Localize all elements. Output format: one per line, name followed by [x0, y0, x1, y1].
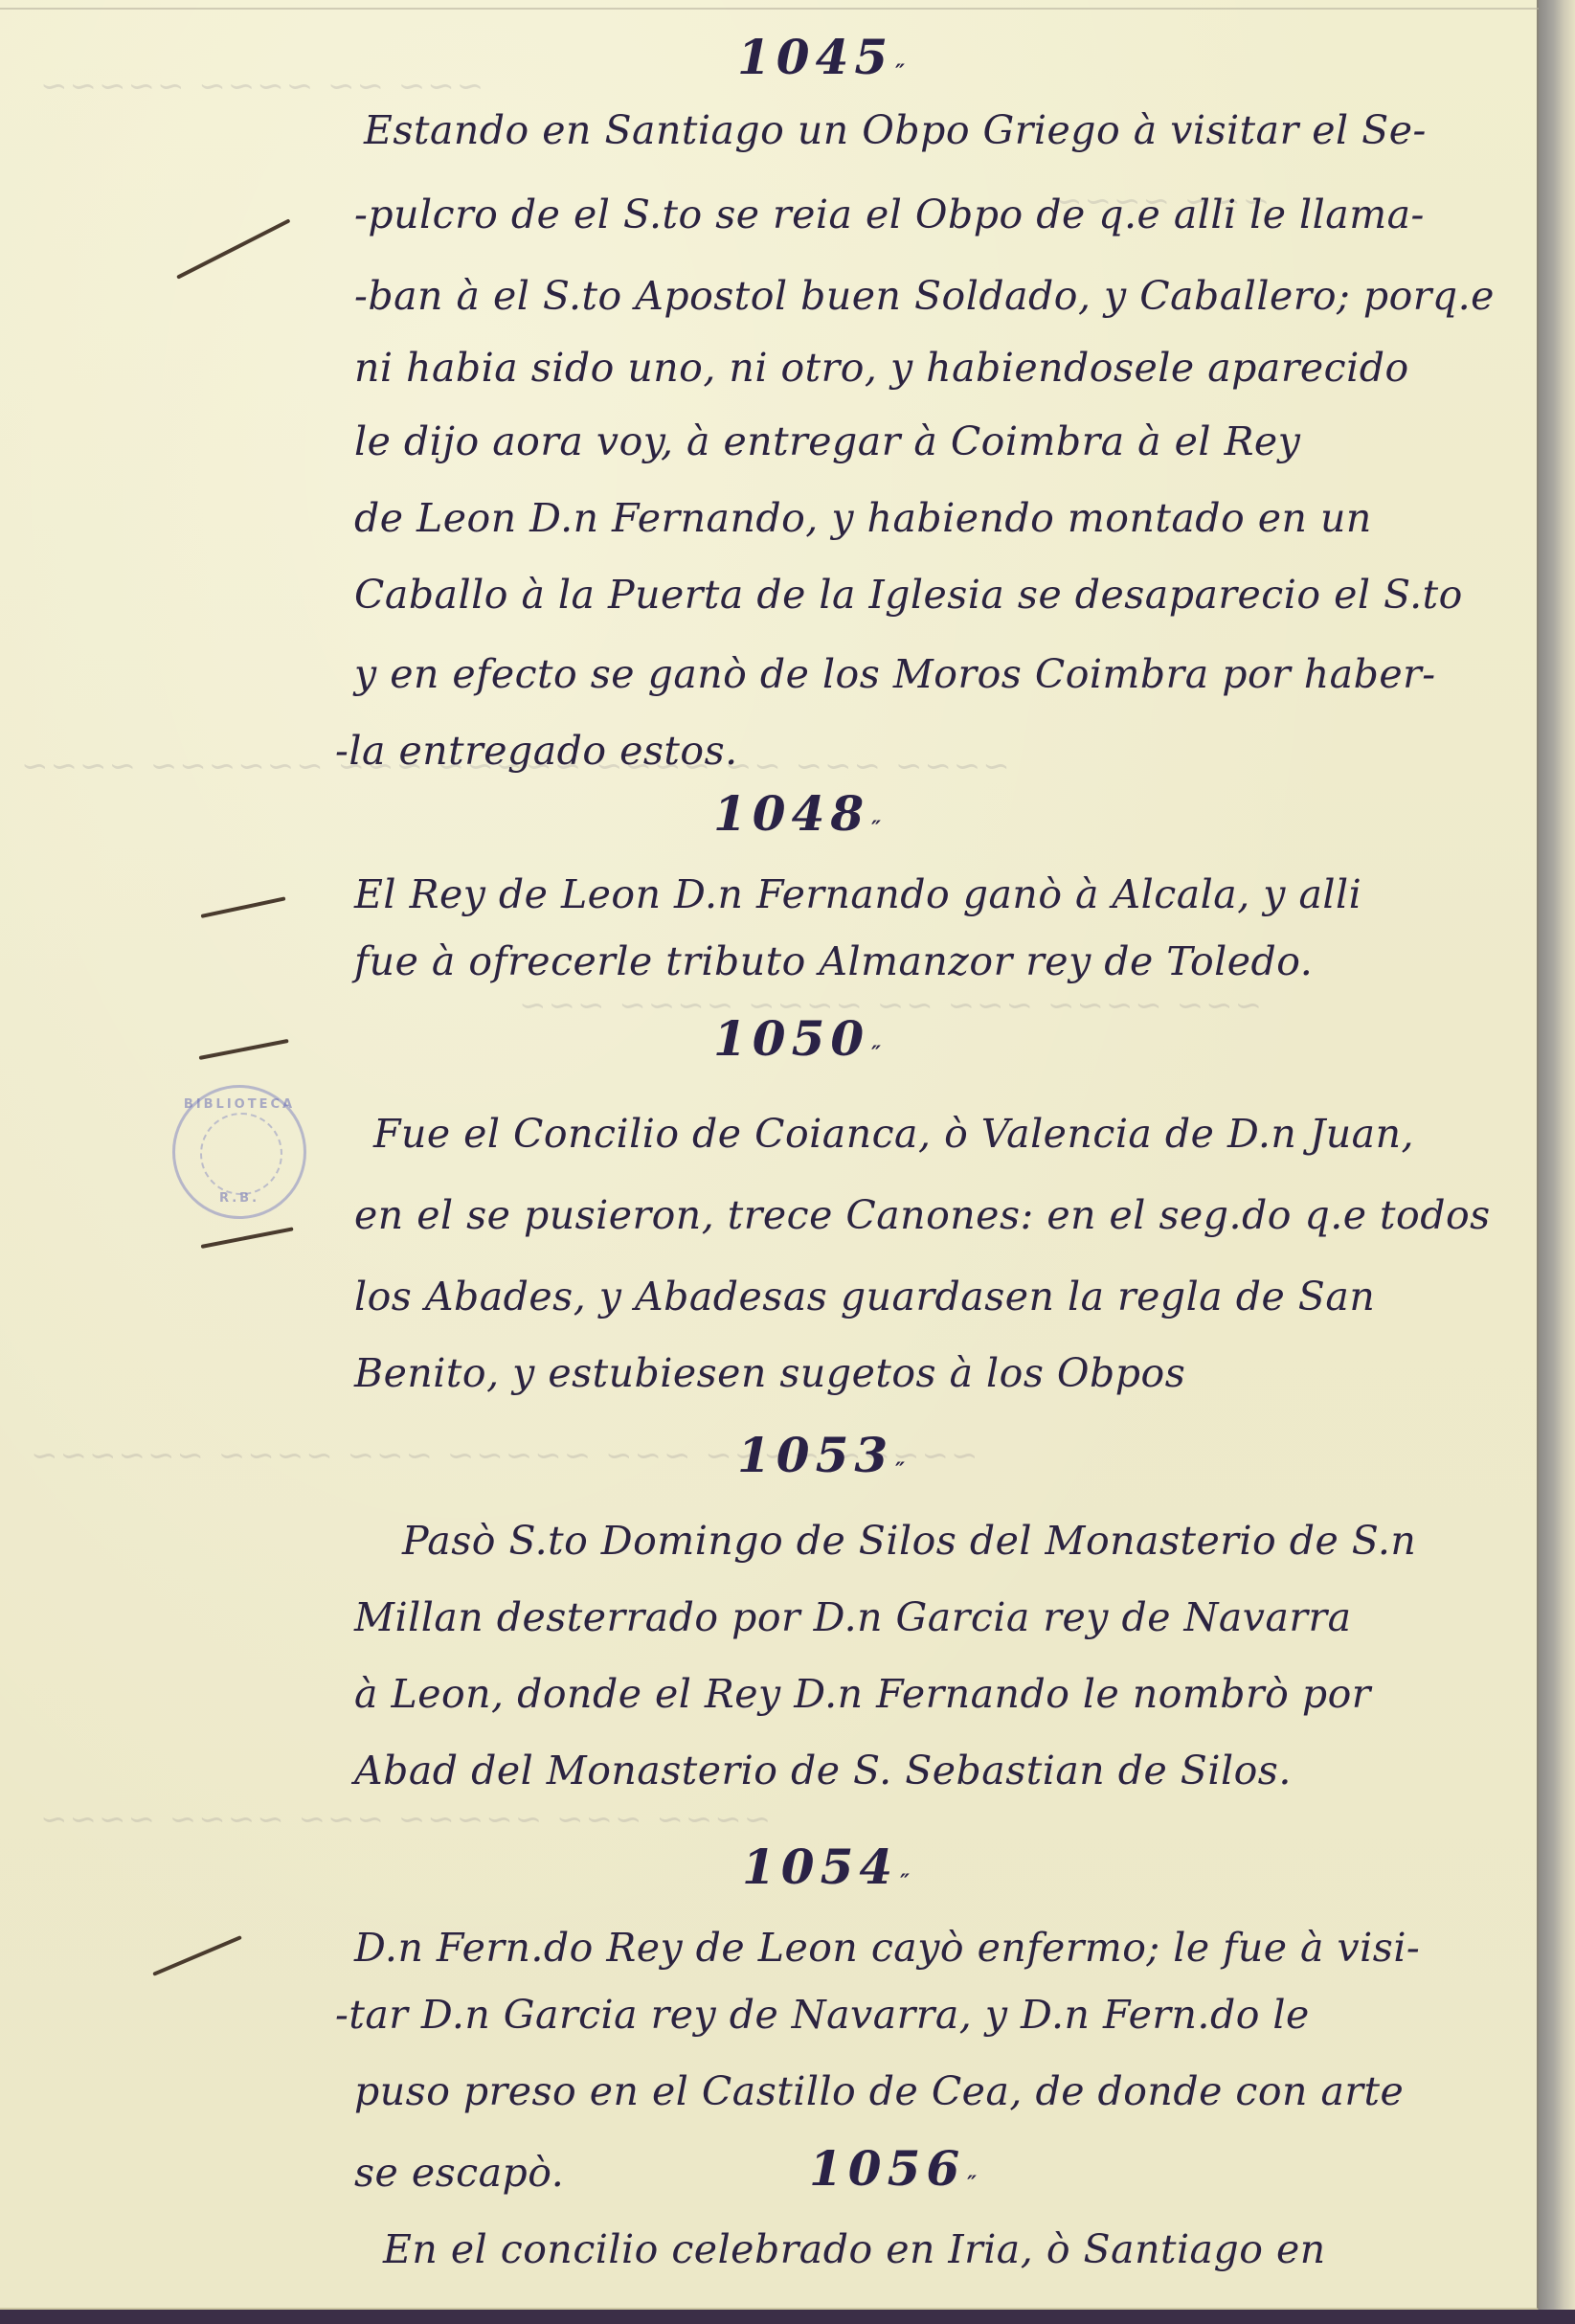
- ditto-mark: ″: [900, 1870, 910, 1895]
- entry-text-line: puso preso en el Castillo de Cea, de don…: [354, 2068, 1404, 2114]
- entry-text-line: Benito, y estubiesen sugetos à los Obpos: [354, 1350, 1185, 1396]
- stamp-bottom-text: R.B.: [175, 1191, 304, 1206]
- entry-year-heading: 1053″: [737, 1427, 905, 1483]
- bleed-through-text: ~~~ ~~ ~~~~ ~~~~~: [38, 67, 484, 105]
- ditto-mark: ″: [895, 1458, 905, 1483]
- page-top-edge: [0, 8, 1539, 10]
- entry-text-line: Abad del Monasterio de S. Sebastian de S…: [354, 1748, 1292, 1794]
- background-binding: [0, 2310, 1575, 2324]
- entry-text-line: -pulcro de el S.to se reia el Obpo de q.…: [354, 192, 1425, 237]
- margin-slash-mark: [201, 896, 286, 918]
- entry-text-line: -la entregado estos.: [335, 728, 738, 774]
- entry-year-heading: 1050″: [713, 1010, 881, 1067]
- margin-slash-mark: [201, 1227, 294, 1249]
- entry-year-heading: 1048″: [713, 785, 881, 842]
- entry-year-heading: 1056″: [809, 2140, 977, 2197]
- bleed-through-text: ~~~~ ~~~ ~~~~~ ~~~ ~~~~ ~~~~: [38, 1800, 771, 1839]
- entry-text-line: Millan desterrado por D.n Garcia rey de …: [354, 1594, 1352, 1640]
- entry-text-line: los Abades, y Abadesas guardasen la regl…: [354, 1274, 1375, 1320]
- entry-text-line: Caballo à la Puerta de la Iglesia se des…: [354, 572, 1463, 618]
- entry-text-line: y en efecto se ganò de los Moros Coimbra…: [354, 651, 1436, 697]
- library-stamp: BIBLIOTECA R.B.: [172, 1085, 306, 1219]
- entry-text-line: en el se pusieron, trece Canones: en el …: [354, 1192, 1491, 1238]
- ditto-mark: ″: [967, 2172, 977, 2197]
- ditto-mark: ″: [871, 1042, 881, 1067]
- entry-text-line: En el concilio celebrado en Iria, ò Sant…: [383, 2226, 1326, 2272]
- entry-text-line: D.n Fern.do Rey de Leon cayò enfermo; le…: [354, 1925, 1420, 1971]
- year-text: 1056: [809, 2140, 965, 2197]
- entry-text-line: le dijo aora voy, à entregar à Coimbra à…: [354, 418, 1300, 464]
- entry-year-heading: 1054″: [742, 1839, 910, 1895]
- ditto-mark: ″: [871, 817, 881, 842]
- margin-slash-mark: [152, 1935, 242, 1976]
- bleed-through-text: ~~~ ~~~~ ~~~ ~~ ~~~~ ~~~~ ~~~: [517, 986, 1262, 1025]
- stamp-top-text: BIBLIOTECA: [175, 1097, 304, 1112]
- year-text: 1048: [713, 785, 869, 842]
- margin-slash-mark: [199, 1039, 289, 1060]
- entry-text-line: Fue el Concilio de Coianca, ò Valencia d…: [373, 1111, 1414, 1157]
- year-text: 1053: [737, 1427, 893, 1483]
- manuscript-page: ~~~ ~~ ~~~~ ~~~~~ ~~~ ~~~~ ~~~~ ~~~ ~~ ~…: [0, 0, 1539, 2310]
- book-spine-edge: [1539, 0, 1575, 2324]
- entry-text-line: se escapò.: [354, 2150, 564, 2196]
- entry-text-line: fue à ofrecerle tributo Almanzor rey de …: [354, 938, 1313, 984]
- entry-text-line: Estando en Santiago un Obpo Griego à vis…: [364, 107, 1427, 153]
- entry-text-line: Pasò S.to Domingo de Silos del Monasteri…: [402, 1518, 1416, 1564]
- entry-text-line: ni habia sido uno, ni otro, y habiendose…: [354, 345, 1409, 391]
- entry-text-line: El Rey de Leon D.n Fernando ganò à Alcal…: [354, 871, 1361, 917]
- year-text: 1050: [713, 1010, 869, 1067]
- ditto-mark: ″: [895, 60, 905, 85]
- entry-text-line: -tar D.n Garcia rey de Navarra, y D.n Fe…: [335, 1992, 1310, 2038]
- entry-text-line: -ban à el S.to Apostol buen Soldado, y C…: [354, 273, 1495, 319]
- entry-text-line: de Leon D.n Fernando, y habiendo montado…: [354, 495, 1372, 541]
- year-text: 1054: [742, 1839, 898, 1895]
- margin-slash-mark: [176, 218, 290, 279]
- entry-text-line: à Leon, donde el Rey D.n Fernando le nom…: [354, 1671, 1371, 1717]
- year-text: 1045: [737, 29, 893, 85]
- entry-year-heading: 1045″: [737, 29, 905, 85]
